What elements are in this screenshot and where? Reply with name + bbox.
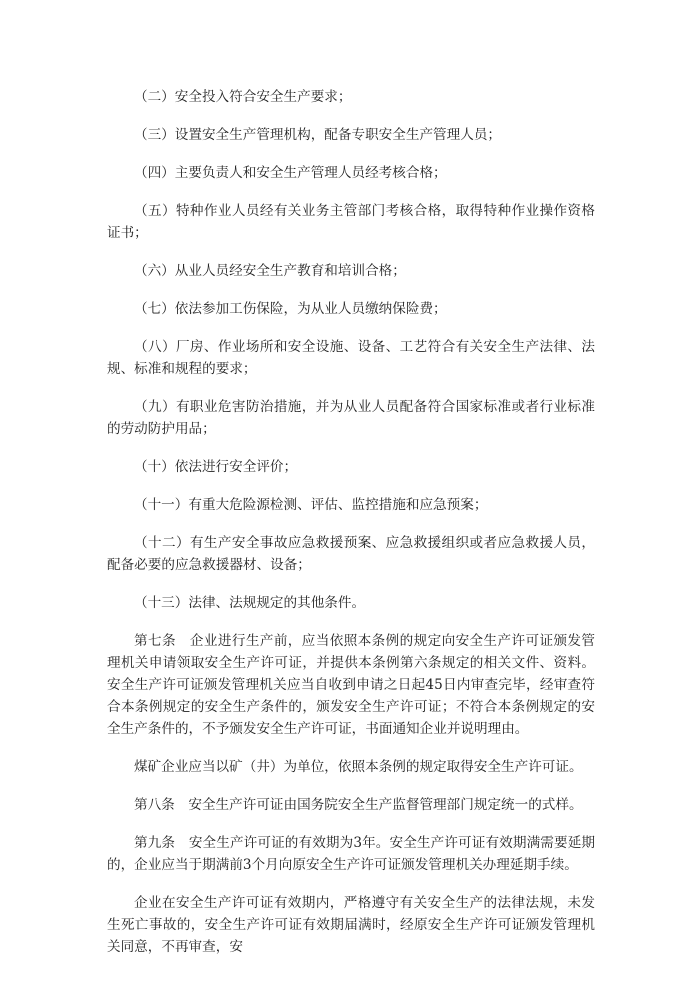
paragraph-item-13: （十三）法律、法规规定的其他条件。 (107, 592, 595, 614)
paragraph-item-11: （十一）有重大危险源检测、评估、监控措施和应急预案； (107, 494, 595, 516)
paragraph-item-6: （六）从业人员经安全生产教育和培训合格； (107, 260, 595, 282)
article-9-extension: 企业在安全生产许可证有效期内，严格遵守有关安全生产的法律法规，未发生死亡事故的，… (107, 892, 595, 958)
article-7-coal-mine: 煤矿企业应当以矿（井）为单位，依照本条例的规定取得安全生产许可证。 (107, 756, 595, 778)
paragraph-item-3: （三）设置安全生产管理机构，配备专职安全生产管理人员； (107, 124, 595, 146)
paragraph-item-12: （十二）有生产安全事故应急救援预案、应急救援组织或者应急救援人员，配备必要的应急… (107, 532, 595, 576)
article-7: 第七条 企业进行生产前，应当依照本条例的规定向安全生产许可证颁发管理机关申请领取… (107, 630, 595, 740)
paragraph-item-4: （四）主要负责人和安全生产管理人员经考核合格； (107, 162, 595, 184)
article-9: 第九条 安全生产许可证的有效期为3年。安全生产许可证有效期满需要延期的，企业应当… (107, 832, 595, 876)
article-8: 第八条 安全生产许可证由国务院安全生产监督管理部门规定统一的式样。 (107, 794, 595, 816)
paragraph-item-5: （五）特种作业人员经有关业务主管部门考核合格，取得特种作业操作资格证书； (107, 200, 595, 244)
paragraph-item-10: （十）依法进行安全评价； (107, 456, 595, 478)
paragraph-item-8: （八）厂房、作业场所和安全设施、设备、工艺符合有关安全生产法律、法规、标准和规程… (107, 336, 595, 380)
paragraph-item-9: （九）有职业危害防治措施，并为从业人员配备符合国家标准或者行业标准的劳动防护用品… (107, 396, 595, 440)
paragraph-item-2: （二）安全投入符合安全生产要求； (107, 86, 595, 108)
document-page: （二）安全投入符合安全生产要求； （三）设置安全生产管理机构，配备专职安全生产管… (107, 86, 595, 974)
paragraph-item-7: （七）依法参加工伤保险，为从业人员缴纳保险费； (107, 298, 595, 320)
